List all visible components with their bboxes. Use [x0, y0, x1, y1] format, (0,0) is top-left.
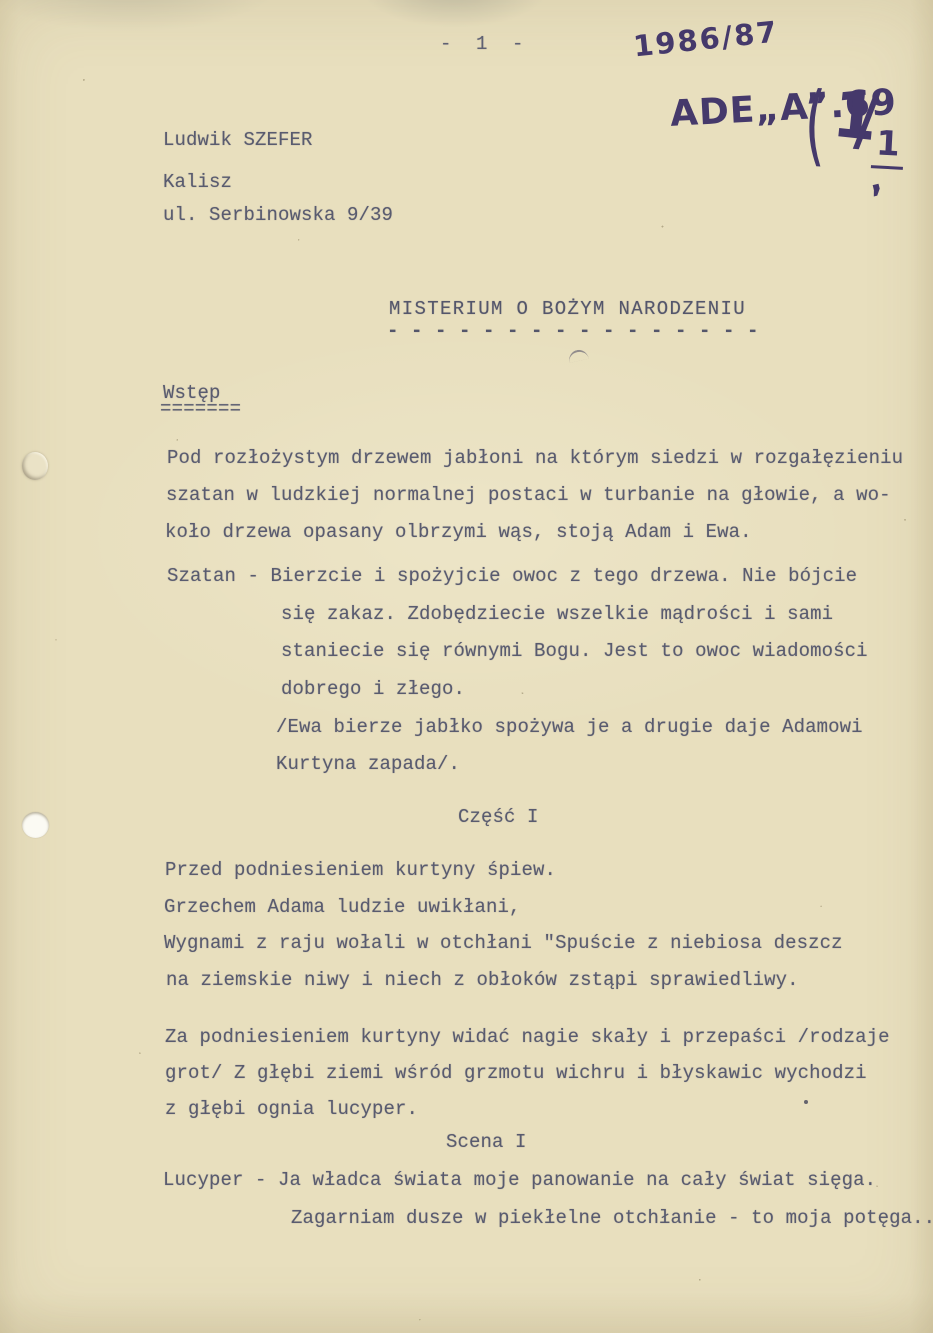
typescript-page: - 1 - 1986/87 ADE„A”.69 ( 1 / 1 , Ludwik… [0, 0, 933, 1333]
verse-line: Przed podniesieniem kurtyny śpiew. [165, 860, 556, 881]
pencil-slash-mark [567, 348, 589, 363]
punch-hole-bottom [22, 812, 49, 838]
verse-line: Grzechem Adama ludzie uwikłani, [164, 897, 521, 918]
stage-direction-line: z głębi ognia lucyper. [165, 1099, 418, 1120]
punch-hole-top [22, 452, 48, 480]
stray-ink-dot [804, 1100, 808, 1104]
page-number: - 1 - [440, 34, 524, 55]
dialogue-line-szatan: się zakaz. Zdobędziecie wszelkie mądrośc… [281, 604, 833, 625]
verse-line: Wygnami z raju wołali w otchłani "Spuści… [164, 933, 843, 954]
dialogue-line-lucyper: Zagarniam dusze w piekłelne otchłanie - … [291, 1208, 933, 1229]
intro-line: Pod rozłożystym drzewem jabłoni na który… [167, 448, 903, 469]
author-city: Kalisz [163, 172, 232, 193]
stage-direction-line: Kurtyna zapada/. [276, 754, 460, 775]
stage-direction-line: grot/ Z głębi ziemi wśród grzmotu wichru… [165, 1063, 867, 1084]
dialogue-line-szatan: Szatan - Bierzcie i spożyjcie owoc z teg… [167, 566, 857, 587]
intro-line: szatan w ludzkiej normalnej postaci w tu… [166, 485, 891, 506]
speaker-szatan: Szatan - [167, 565, 271, 587]
stage-direction-line: Za podniesieniem kurtyny widać nagie ska… [165, 1027, 890, 1048]
dialogue-line-szatan: dobrego i złego. [281, 679, 465, 700]
document-title: MISTERIUM O BOŻYM NARODZENIU [389, 299, 746, 320]
section-heading-underline: ======= [160, 399, 241, 420]
part-heading: Część I [458, 807, 539, 828]
handwritten-paren-stroke: ( [804, 72, 827, 176]
stage-direction-line: /Ewa bierze jabłko spożywa je a drugie d… [276, 717, 863, 738]
intro-line: koło drzewa opasany olbrzymi wąs, stoją … [165, 522, 752, 543]
author-name: Ludwik SZEFER [163, 130, 313, 151]
dialogue-line-lucyper: Lucyper - Ja władca świata moje panowani… [163, 1170, 876, 1191]
handwritten-year-annotation: 1986/87 [632, 14, 780, 63]
speaker-lucyper: Lucyper - [163, 1169, 278, 1191]
dialogue-text: Bierzcie i spożyjcie owoc z tego drzewa.… [271, 565, 858, 587]
title-underline: - - - - - - - - - - - - - - - - [387, 321, 759, 342]
dialogue-text: Ja władca świata moje panowanie na cały … [278, 1169, 876, 1191]
scene-heading: Scena I [446, 1132, 527, 1153]
author-address: ul. Serbinowska 9/39 [163, 205, 393, 226]
dialogue-line-szatan: staniecie się równymi Bogu. Jest to owoc… [281, 641, 868, 662]
verse-line: na ziemskie niwy i niech z obłoków zstąp… [166, 970, 799, 991]
